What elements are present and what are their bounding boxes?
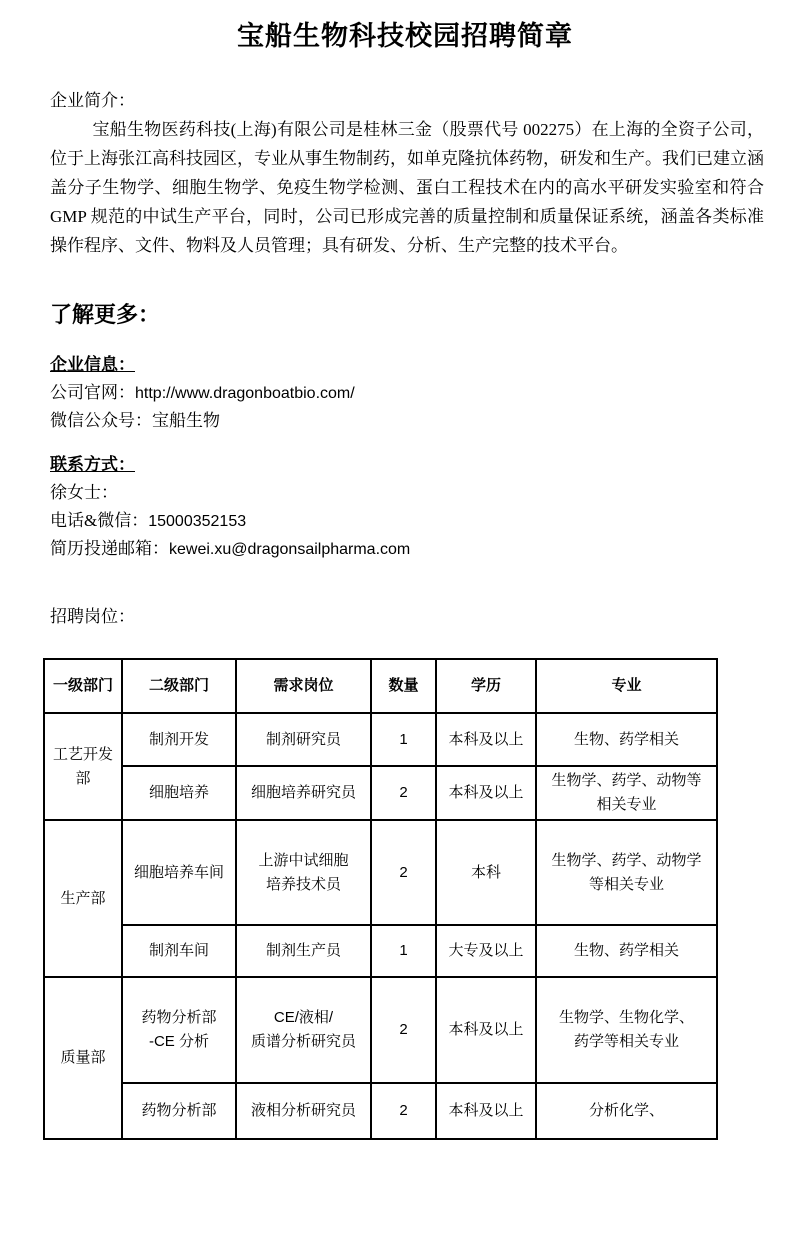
- cell-major: 生物学、生物化学、 药学等相关专业: [536, 977, 717, 1083]
- cell-subdept: 药物分析部 -CE 分析: [122, 977, 236, 1083]
- cell-job: CE/液相/ 质谱分析研究员: [236, 977, 371, 1083]
- cell-count: 2: [371, 766, 436, 820]
- cell-degree: 大专及以上: [436, 925, 536, 977]
- cell-major: 生物、药学相关: [536, 713, 717, 766]
- cell-subdept: 药物分析部: [122, 1083, 236, 1139]
- cell-dept: 工艺开发 部: [44, 713, 122, 820]
- header-dept-l2: 二级部门: [122, 659, 236, 713]
- wechat-value: 宝船生物: [152, 411, 220, 430]
- cell-major: 分析化学、: [536, 1083, 717, 1139]
- contact-name: 徐女士：: [50, 478, 118, 503]
- cell-degree: 本科及以上: [436, 977, 536, 1083]
- header-job: 需求岗位: [236, 659, 371, 713]
- cell-count: 2: [371, 977, 436, 1083]
- contact-heading: 联系方式：: [50, 450, 135, 475]
- cell-major: 生物学、药学、动物等 相关专业: [536, 766, 717, 820]
- table-row: 工艺开发 部 制剂开发 制剂研究员 1 本科及以上 生物、药学相关: [44, 713, 717, 766]
- cell-job: 液相分析研究员: [236, 1083, 371, 1139]
- email-value: kewei.xu@dragonsailpharma.com: [169, 541, 410, 558]
- cell-degree: 本科及以上: [436, 1083, 536, 1139]
- phone-line: 电话&微信：15000352153: [50, 506, 246, 531]
- header-major: 专业: [536, 659, 717, 713]
- intro-paragraph: 宝船生物医药科技(上海)有限公司是桂林三金（股票代号 002275）在上海的全资…: [50, 115, 764, 260]
- cell-count: 1: [371, 713, 436, 766]
- table-row: 细胞培养 细胞培养研究员 2 本科及以上 生物学、药学、动物等 相关专业: [44, 766, 717, 820]
- cell-degree: 本科: [436, 820, 536, 925]
- table-row: 制剂车间 制剂生产员 1 大专及以上 生物、药学相关: [44, 925, 717, 977]
- phone-label: 电话&微信：: [50, 511, 148, 530]
- cell-job: 制剂研究员: [236, 713, 371, 766]
- cell-subdept: 制剂车间: [122, 925, 236, 977]
- website-line: 公司官网：http://www.dragonboatbio.com/: [50, 378, 355, 403]
- email-label: 简历投递邮箱：: [50, 539, 169, 558]
- wechat-line: 微信公众号：宝船生物: [50, 406, 220, 431]
- cell-job: 细胞培养研究员: [236, 766, 371, 820]
- cell-count: 2: [371, 820, 436, 925]
- header-degree: 学历: [436, 659, 536, 713]
- email-line: 简历投递邮箱：kewei.xu@dragonsailpharma.com: [50, 534, 410, 559]
- cell-count: 2: [371, 1083, 436, 1139]
- company-info-heading: 企业信息：: [50, 350, 135, 375]
- cell-major: 生物学、药学、动物学 等相关专业: [536, 820, 717, 925]
- cell-job: 制剂生产员: [236, 925, 371, 977]
- cell-degree: 本科及以上: [436, 713, 536, 766]
- intro-section-label: 企业简介：: [50, 86, 135, 111]
- learn-more-heading: 了解更多：: [50, 298, 160, 329]
- table-row: 生产部 细胞培养车间 上游中试细胞 培养技术员 2 本科 生物学、药学、动物学 …: [44, 820, 717, 925]
- cell-subdept: 细胞培养: [122, 766, 236, 820]
- table-header-row: 一级部门 二级部门 需求岗位 数量 学历 专业: [44, 659, 717, 713]
- positions-section-label: 招聘岗位：: [50, 602, 135, 627]
- cell-dept: 质量部: [44, 977, 122, 1139]
- cell-dept: 生产部: [44, 820, 122, 977]
- cell-subdept: 细胞培养车间: [122, 820, 236, 925]
- cell-subdept: 制剂开发: [122, 713, 236, 766]
- wechat-label: 微信公众号：: [50, 411, 152, 430]
- header-count: 数量: [371, 659, 436, 713]
- page-title: 宝船生物科技校园招聘简章: [0, 14, 810, 53]
- table-row: 质量部 药物分析部 -CE 分析 CE/液相/ 质谱分析研究员 2 本科及以上 …: [44, 977, 717, 1083]
- positions-table: 一级部门 二级部门 需求岗位 数量 学历 专业 工艺开发 部 制剂开发 制剂研究…: [43, 658, 718, 1140]
- document-page: 宝船生物科技校园招聘简章 企业简介： 宝船生物医药科技(上海)有限公司是桂林三金…: [0, 0, 810, 1233]
- cell-degree: 本科及以上: [436, 766, 536, 820]
- cell-job: 上游中试细胞 培养技术员: [236, 820, 371, 925]
- phone-value: 15000352153: [148, 513, 246, 530]
- header-dept-l1: 一级部门: [44, 659, 122, 713]
- website-label: 公司官网：: [50, 383, 135, 402]
- positions-table-wrapper: 一级部门 二级部门 需求岗位 数量 学历 专业 工艺开发 部 制剂开发 制剂研究…: [43, 658, 718, 1140]
- table-row: 药物分析部 液相分析研究员 2 本科及以上 分析化学、: [44, 1083, 717, 1139]
- cell-major: 生物、药学相关: [536, 925, 717, 977]
- cell-count: 1: [371, 925, 436, 977]
- website-url: http://www.dragonboatbio.com/: [135, 385, 355, 402]
